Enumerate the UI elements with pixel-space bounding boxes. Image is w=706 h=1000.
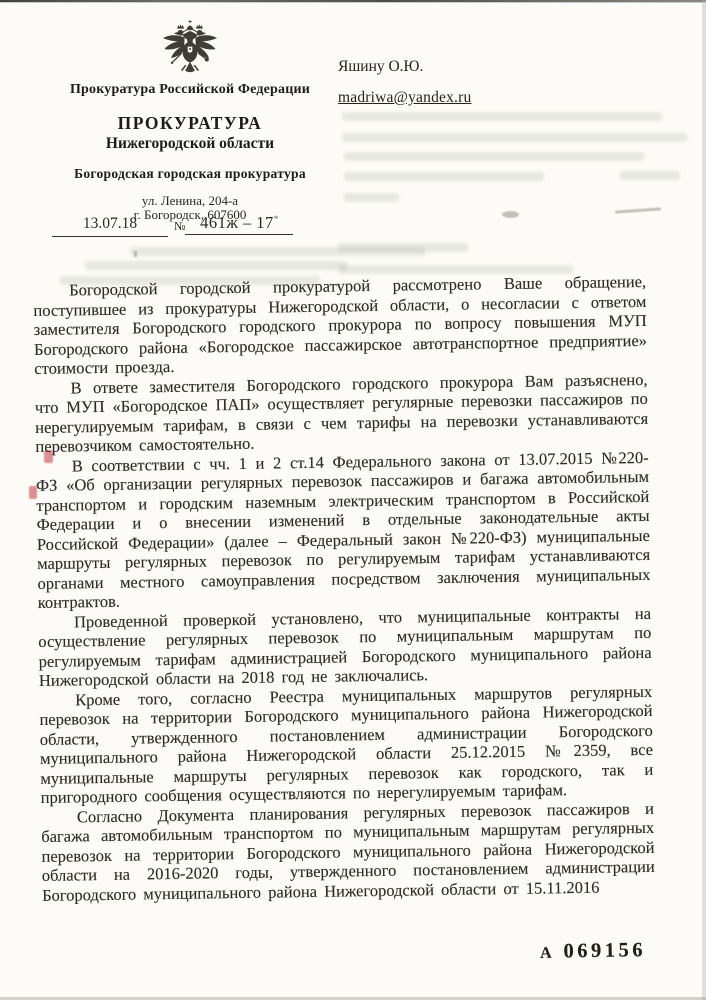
registration-number-value: 461ж – 17 <box>200 213 274 232</box>
scan-edge-top-tint <box>0 2 706 3</box>
russia-coat-of-arms-icon <box>160 20 220 78</box>
registration-number: 461ж – 17* <box>185 213 293 235</box>
body-paragraph-5: Кроме того, согласно Реестра муниципальн… <box>39 681 654 807</box>
serial-digits: 069156 <box>563 939 646 962</box>
body-paragraph-3: В соответствии с чч. 1 и 2 ст.14 Федерал… <box>36 447 651 612</box>
federation-line: Прокуратура Российской Федерации <box>40 82 340 98</box>
address-street: ул. Ленина, 204-а <box>40 194 340 208</box>
recipient-name: Яшину О.Ю. <box>338 58 471 76</box>
recipient-block: Яшину О.Ю. madriwa@yandex.ru <box>338 58 471 107</box>
division-name: Богородская городская прокуратура <box>40 166 340 182</box>
scanned-letter-page: Прокуратура Российской Федерации ПРОКУРА… <box>0 0 706 1000</box>
recipient-email: madriwa@yandex.ru <box>338 89 471 107</box>
body-paragraph-2: В ответе заместителя Богородского городс… <box>34 369 648 456</box>
org-region: Нижегородской области <box>40 135 340 153</box>
body-paragraph-6: Согласно Документа планирования регулярн… <box>41 798 655 905</box>
body-paragraph-1: Богородской городской прокуратурой рассм… <box>33 272 647 379</box>
org-title: ПРОКУРАТУРА <box>40 113 340 134</box>
body-paragraph-4: Проведенной проверкой установлено, что м… <box>38 603 652 690</box>
letter-date: 13.07.18 <box>52 215 168 237</box>
serial-series-letter: А <box>540 945 554 962</box>
letter-body: Богородской городской прокуратурой рассм… <box>33 272 655 905</box>
scan-edge-right <box>702 0 706 1000</box>
letterhead: Прокуратура Российской Федерации ПРОКУРА… <box>40 20 340 222</box>
form-serial-number: А069156 <box>540 939 646 964</box>
date-number-row: 13.07.18№461ж – 17* <box>52 213 312 237</box>
registration-number-mark: * <box>274 214 279 224</box>
number-sign: № <box>174 219 185 237</box>
